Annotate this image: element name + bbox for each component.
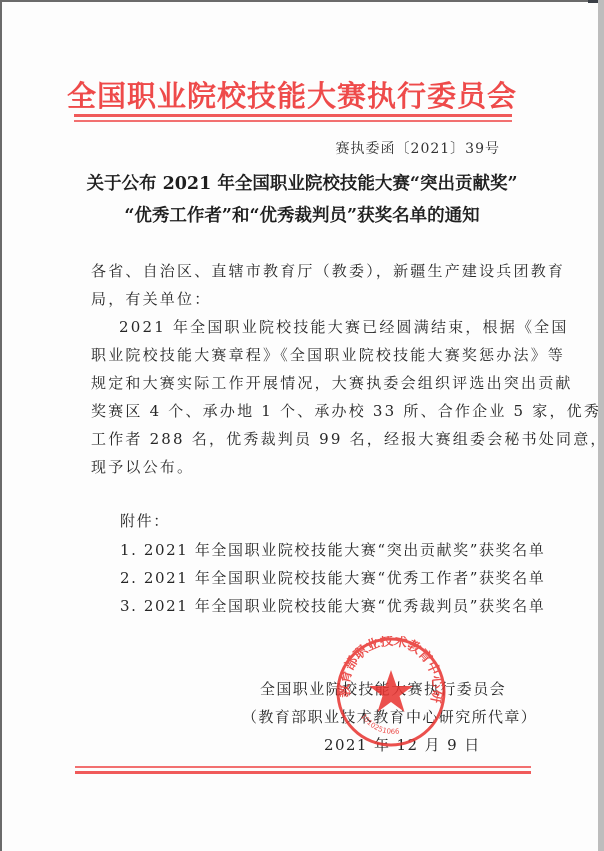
page-edge [598, 0, 604, 851]
scan-mark [588, 0, 598, 3]
salutation-line-2: 局，有关单位： [91, 288, 211, 309]
document-number: 赛执委函〔2021〕39号 [336, 138, 500, 158]
salutation-line-1: 各省、自治区、直辖市教育厅（教委），新疆生产建设兵团教育 [91, 260, 565, 281]
signature-proxy-note: （教育部职业技术教育中心研究所代章） [242, 706, 537, 727]
header-rule-thin [74, 120, 512, 122]
notice-title-line-1: 关于公布 2021 年全国职业院校技能大赛“突出贡献奖” [42, 170, 562, 195]
body-paragraph-line: 规定和大赛实际工作开展情况，大赛执委会组织评选出突出贡献 [91, 372, 573, 393]
attachments-label: 附件： [120, 510, 170, 531]
body-paragraph-line: 现予以公布。 [91, 456, 194, 477]
signature-organization: 全国职业院校技能大赛执行委员会 [260, 678, 506, 699]
body-paragraph-line: 职业院校技能大赛章程》《全国职业院校技能大赛奖惩办法》等 [91, 344, 565, 365]
attachment-item: 3. 2021 年全国职业院校技能大赛“优秀裁判员”获奖名单 [120, 595, 545, 616]
document-page: 全国职业院校技能大赛执行委员会 赛执委函〔2021〕39号 关于公布 2021 … [2, 2, 598, 851]
signature-date: 2021 年 12 月 9 日 [324, 734, 481, 755]
notice-title-line-2: “优秀工作者”和“优秀裁判员”获奖名单的通知 [42, 202, 562, 227]
header-rule-thick [74, 114, 512, 117]
attachment-item: 2. 2021 年全国职业院校技能大赛“优秀工作者”获奖名单 [120, 567, 545, 588]
body-paragraph-line: 2021 年全国职业院校技能大赛已经圆满结束，根据《全国 [119, 316, 569, 337]
attachment-item: 1. 2021 年全国职业院校技能大赛“突出贡献奖”获奖名单 [120, 539, 545, 560]
issuing-org-title: 全国职业院校技能大赛执行委员会 [62, 74, 522, 115]
footer-rule-thin [75, 766, 531, 768]
footer-rule-thick [75, 771, 531, 774]
body-paragraph-line: 工作者 288 名，优秀裁判员 99 名，经报大赛组委会秘书处同意， [91, 428, 604, 449]
body-paragraph-line: 奖赛区 4 个、承办地 1 个、承办校 33 所、合作企业 5 家，优秀 [91, 400, 601, 421]
